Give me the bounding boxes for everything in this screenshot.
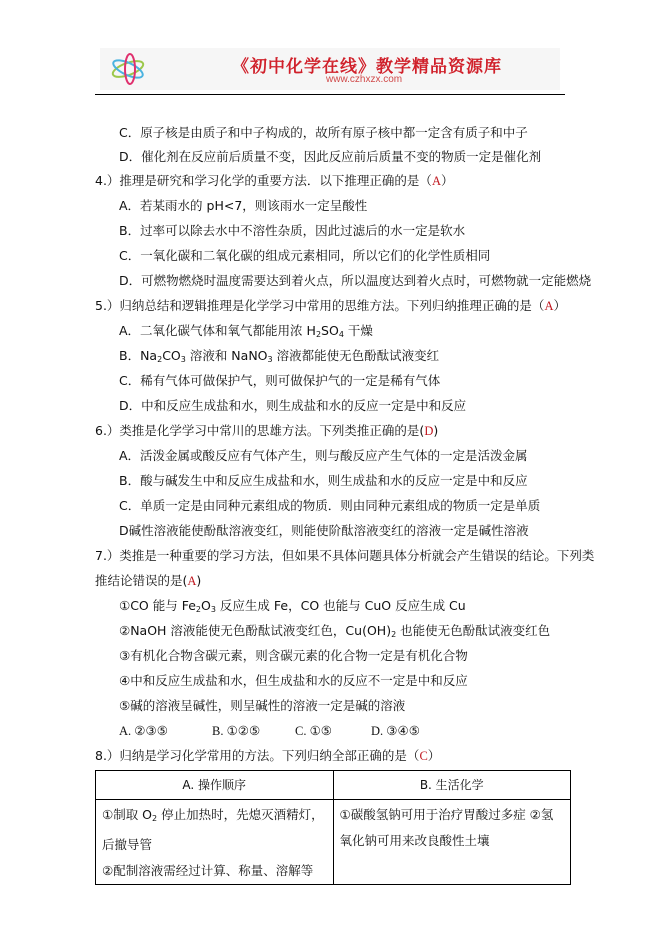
q7-item-3: ③有机化合物含碳元素，则含碳元素的化合物一定是有机化合物 xyxy=(119,648,468,664)
page-header: 《初中化学在线》教学精品资源库 www.czhxzx.com xyxy=(100,48,560,90)
q7-item-2: ②NaOH 溶液能使无色酚酞试液变红色，Cu(OH)2 也能使无色酚酞试液变红色 xyxy=(119,623,550,643)
q3-option-d: D．催化剂在反应前后质量不变，因此反应前后质量不变的物质一定是催化剂 xyxy=(119,149,541,165)
q4-answer: A xyxy=(432,174,441,188)
q8-table: A. 操作顺序 B. 生活化学 ①制取 O2 停止加热时，先熄灭酒精灯，后撤导管… xyxy=(95,770,571,885)
q7-stem-line1: 7.）类推是一种重要的学习方法，但如果不具体问题具体分析就会产生错误的结论。下列… xyxy=(95,548,594,564)
q7-choice-a: A. ②③⑤ xyxy=(119,723,168,739)
q7-item-1: ①CO 能与 Fe2O3 反应生成 Fe，CO 也能与 CuO 反应生成 Cu xyxy=(119,598,466,618)
q7-choice-d: D. ③④⑤ xyxy=(371,723,420,739)
q8-stem: 8.）归纳是学习化学常用的方法。下列归纳全部正确的是（C） xyxy=(95,748,440,764)
q6-option-b: B．酸与碱发生中和反应生成盐和水，则生成盐和水的反应一定是中和反应 xyxy=(119,473,528,489)
q8-table-header-a: A. 操作顺序 xyxy=(96,771,334,800)
q6-option-d: D碱性溶液能使酚酞溶液变红，则能使阶酞溶液变红的溶液一定是碱性溶液 xyxy=(119,523,529,539)
q6-answer: D xyxy=(424,424,433,438)
q5-option-a: A．二氧化碳气体和氧气都能用浓 H2SO4 干燥 xyxy=(119,323,373,343)
q5-option-d: D．中和反应生成盐和水，则生成盐和水的反应一定是中和反应 xyxy=(119,398,466,414)
q4-option-a: A．若某雨水的 pH<7，则该雨水一定呈酸性 xyxy=(119,198,367,214)
q7-item-4: ④中和反应生成盐和水，但生成盐和水的反应不一定是中和反应 xyxy=(119,673,468,689)
atom-orbit-icon xyxy=(108,52,148,86)
q4-option-c: C．一氧化碳和二氧化碳的组成元素相同，所以它们的化学性质相同 xyxy=(119,248,490,264)
q6-option-c: C．单质一定是由同种元素组成的物质．则由同种元素组成的物质一定是单质 xyxy=(119,498,540,514)
q5-option-b: B．Na2CO3 溶液和 NaNO3 溶液都能使无色酚酞试液变红 xyxy=(119,348,439,368)
q8-table-cell-b: ①碳酸氢钠可用于治疗胃酸过多症 ②氢 氧化钠可用来改良酸性土壤 xyxy=(333,800,571,885)
q4-option-b: B．过率可以除去水中不溶性杂质，因此过滤后的水一定是软水 xyxy=(119,223,465,239)
header-divider xyxy=(95,94,565,95)
q8-answer: C xyxy=(419,749,427,763)
brand-url: www.czhxzx.com xyxy=(326,74,402,85)
q7-choice-b: B. ①②⑤ xyxy=(212,723,260,739)
q8-table-cell-a: ①制取 O2 停止加热时，先熄灭酒精灯，后撤导管 ②配制溶液需经过计算、称量、溶… xyxy=(96,800,334,885)
q5-option-c: C．稀有气体可做保护气，则可做保护气的一定是稀有气体 xyxy=(119,373,440,389)
q7-stem-line2: 推结论错误的是(A) xyxy=(95,573,201,589)
q7-item-5: ⑤碱的溶液呈碱性，则呈碱性的溶液一定是碱的溶液 xyxy=(119,698,405,714)
q5-stem: 5.）归纳总结和逻辑推理是化学学习中常用的思维方法。下列归纳推理正确的是（A） xyxy=(95,298,566,314)
q4-option-d: D．可燃物燃烧时温度需要达到着火点，所以温度达到着火点时，可燃物就一定能燃烧 xyxy=(119,273,591,289)
q6-stem: 6.）类推是化学学习中常川的思雄方法。下列类推正确的是(D) xyxy=(95,423,438,439)
q6-option-a: A．活泼金属或酸反应有气体产生，则与酸反应产生气体的一定是活泼金属 xyxy=(119,448,528,464)
q8-table-header-b: B. 生活化学 xyxy=(333,771,571,800)
q7-choice-c: C. ①⑤ xyxy=(295,723,332,739)
q4-stem: 4.）推理是研究和学习化学的重要方法．以下推理正确的是（A） xyxy=(95,173,453,189)
q3-option-c: C．原子核是由质子和中子构成的，故所有原子核中都一定含有质子和中子 xyxy=(119,125,528,141)
